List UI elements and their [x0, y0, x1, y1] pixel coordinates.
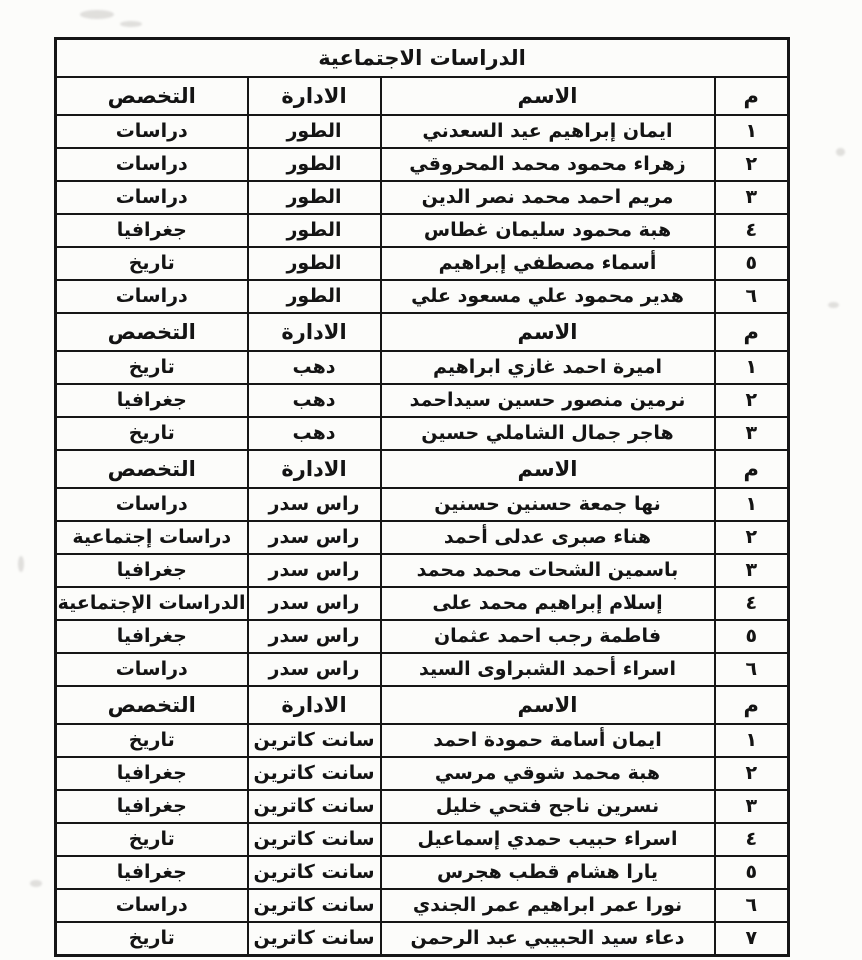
- row-name: نها جمعة حسنين حسنين: [381, 488, 715, 521]
- row-spec: دراسات: [56, 653, 248, 686]
- row-admin: سانت كاترين: [248, 790, 381, 823]
- row-name: إسلام إبراهيم محمد على: [381, 587, 715, 620]
- table-row: ١ نها جمعة حسنين حسنين راس سدر دراسات: [56, 488, 789, 521]
- row-admin: دهب: [248, 417, 381, 450]
- table-row: ٤ اسراء حبيب حمدي إسماعيل سانت كاترين تا…: [56, 823, 789, 856]
- scan-noise: [30, 880, 42, 887]
- row-name: اسراء حبيب حمدي إسماعيل: [381, 823, 715, 856]
- row-admin: الطور: [248, 181, 381, 214]
- col-header-spec: التخصص: [56, 450, 248, 488]
- table-row: ٧ دعاء سيد الحبيبي عبد الرحمن سانت كاتري…: [56, 922, 789, 956]
- scan-noise: [18, 556, 24, 572]
- col-header-name: الاسم: [381, 77, 715, 115]
- row-admin: راس سدر: [248, 620, 381, 653]
- table-row: ١ اميرة احمد غازي ابراهيم دهب تاريخ: [56, 351, 789, 384]
- table-row: ٢ هبة محمد شوقي مرسي سانت كاترين جغرافيا: [56, 757, 789, 790]
- row-admin: سانت كاترين: [248, 823, 381, 856]
- section-header-row: م الاسم الادارة التخصص: [56, 77, 789, 115]
- row-num: ٥: [715, 247, 789, 280]
- table-row: ٦ نورا عمر ابراهيم عمر الجندي سانت كاتري…: [56, 889, 789, 922]
- row-num: ٣: [715, 181, 789, 214]
- table-row: ٢ نرمين منصور حسين سيداحمد دهب جغرافيا: [56, 384, 789, 417]
- row-spec: جغرافيا: [56, 790, 248, 823]
- row-admin: الطور: [248, 115, 381, 148]
- row-num: ١: [715, 724, 789, 757]
- section-header-row: م الاسم الادارة التخصص: [56, 313, 789, 351]
- row-admin: راس سدر: [248, 653, 381, 686]
- table-row: ٤ هبة محمود سليمان غطاس الطور جغرافيا: [56, 214, 789, 247]
- row-admin: سانت كاترين: [248, 856, 381, 889]
- row-spec: تاريخ: [56, 247, 248, 280]
- row-spec: جغرافيا: [56, 856, 248, 889]
- row-name: أسماء مصطفي إبراهيم: [381, 247, 715, 280]
- row-admin: راس سدر: [248, 488, 381, 521]
- row-admin: الطور: [248, 148, 381, 181]
- col-header-num: م: [715, 686, 789, 724]
- row-spec: جغرافيا: [56, 757, 248, 790]
- social-studies-table: الدراسات الاجتماعية م الاسم الادارة التخ…: [54, 37, 790, 957]
- scanned-document-page: الدراسات الاجتماعية م الاسم الادارة التخ…: [0, 0, 862, 960]
- row-num: ٢: [715, 521, 789, 554]
- row-spec: جغرافيا: [56, 620, 248, 653]
- row-num: ٢: [715, 757, 789, 790]
- table-title-row: الدراسات الاجتماعية: [56, 39, 789, 78]
- table-row: ١ ايمان أسامة حمودة احمد سانت كاترين تار…: [56, 724, 789, 757]
- row-spec: تاريخ: [56, 922, 248, 956]
- col-header-num: م: [715, 77, 789, 115]
- row-name: دعاء سيد الحبيبي عبد الرحمن: [381, 922, 715, 956]
- col-header-spec: التخصص: [56, 77, 248, 115]
- row-spec: جغرافيا: [56, 384, 248, 417]
- row-spec: دراسات: [56, 280, 248, 313]
- row-name: هاجر جمال الشاملي حسين: [381, 417, 715, 450]
- row-name: هبة محمود سليمان غطاس: [381, 214, 715, 247]
- row-num: ٧: [715, 922, 789, 956]
- row-num: ١: [715, 351, 789, 384]
- row-admin: راس سدر: [248, 521, 381, 554]
- row-num: ٦: [715, 653, 789, 686]
- table-row: ٢ هناء صبرى عدلى أحمد راس سدر دراسات إجت…: [56, 521, 789, 554]
- row-num: ٥: [715, 856, 789, 889]
- row-spec: تاريخ: [56, 823, 248, 856]
- row-name: يارا هشام قطب هجرس: [381, 856, 715, 889]
- row-num: ٢: [715, 384, 789, 417]
- table-row: ٣ نسرين ناجح فتحي خليل سانت كاترين جغراف…: [56, 790, 789, 823]
- row-name: نسرين ناجح فتحي خليل: [381, 790, 715, 823]
- col-header-admin: الادارة: [248, 450, 381, 488]
- row-spec: دراسات: [56, 488, 248, 521]
- col-header-spec: التخصص: [56, 686, 248, 724]
- col-header-admin: الادارة: [248, 686, 381, 724]
- table-row: ٣ مريم احمد محمد نصر الدين الطور دراسات: [56, 181, 789, 214]
- row-spec: تاريخ: [56, 417, 248, 450]
- row-admin: الطور: [248, 280, 381, 313]
- col-header-spec: التخصص: [56, 313, 248, 351]
- col-header-name: الاسم: [381, 450, 715, 488]
- row-name: نورا عمر ابراهيم عمر الجندي: [381, 889, 715, 922]
- section-header-row: م الاسم الادارة التخصص: [56, 686, 789, 724]
- row-num: ١: [715, 115, 789, 148]
- row-num: ٢: [715, 148, 789, 181]
- row-name: نرمين منصور حسين سيداحمد: [381, 384, 715, 417]
- scan-noise: [120, 21, 142, 27]
- table-row: ٥ أسماء مصطفي إبراهيم الطور تاريخ: [56, 247, 789, 280]
- row-num: ٦: [715, 889, 789, 922]
- row-admin: سانت كاترين: [248, 757, 381, 790]
- col-header-name: الاسم: [381, 686, 715, 724]
- table-title: الدراسات الاجتماعية: [56, 39, 789, 78]
- row-spec: دراسات: [56, 181, 248, 214]
- table-row: ٦ هدير محمود علي مسعود علي الطور دراسات: [56, 280, 789, 313]
- row-admin: دهب: [248, 351, 381, 384]
- table-row: ٥ يارا هشام قطب هجرس سانت كاترين جغرافيا: [56, 856, 789, 889]
- row-name: هبة محمد شوقي مرسي: [381, 757, 715, 790]
- col-header-num: م: [715, 450, 789, 488]
- table-row: ٤ إسلام إبراهيم محمد على راس سدر الدراسا…: [56, 587, 789, 620]
- row-name: اسراء أحمد الشبراوى السيد: [381, 653, 715, 686]
- row-num: ٤: [715, 823, 789, 856]
- row-admin: سانت كاترين: [248, 889, 381, 922]
- row-admin: الطور: [248, 247, 381, 280]
- row-spec: دراسات: [56, 889, 248, 922]
- row-spec: الدراسات الإجتماعية: [56, 587, 248, 620]
- scan-noise: [836, 148, 845, 156]
- scan-noise: [828, 302, 839, 308]
- table-row: ٣ هاجر جمال الشاملي حسين دهب تاريخ: [56, 417, 789, 450]
- row-num: ٣: [715, 417, 789, 450]
- row-admin: سانت كاترين: [248, 724, 381, 757]
- row-num: ٥: [715, 620, 789, 653]
- row-num: ٣: [715, 554, 789, 587]
- row-num: ٣: [715, 790, 789, 823]
- col-header-admin: الادارة: [248, 313, 381, 351]
- table-row: ١ ايمان إبراهيم عيد السعدني الطور دراسات: [56, 115, 789, 148]
- row-spec: تاريخ: [56, 351, 248, 384]
- row-name: مريم احمد محمد نصر الدين: [381, 181, 715, 214]
- row-name: اميرة احمد غازي ابراهيم: [381, 351, 715, 384]
- row-name: ايمان أسامة حمودة احمد: [381, 724, 715, 757]
- row-spec: دراسات: [56, 148, 248, 181]
- row-name: فاطمة رجب احمد عثمان: [381, 620, 715, 653]
- col-header-num: م: [715, 313, 789, 351]
- row-admin: راس سدر: [248, 587, 381, 620]
- row-spec: جغرافيا: [56, 214, 248, 247]
- row-admin: الطور: [248, 214, 381, 247]
- row-name: هدير محمود علي مسعود علي: [381, 280, 715, 313]
- section-header-row: م الاسم الادارة التخصص: [56, 450, 789, 488]
- row-admin: سانت كاترين: [248, 922, 381, 956]
- row-admin: راس سدر: [248, 554, 381, 587]
- row-spec: دراسات إجتماعية: [56, 521, 248, 554]
- col-header-name: الاسم: [381, 313, 715, 351]
- row-name: هناء صبرى عدلى أحمد: [381, 521, 715, 554]
- col-header-admin: الادارة: [248, 77, 381, 115]
- table-row: ٢ زهراء محمود محمد المحروقي الطور دراسات: [56, 148, 789, 181]
- table-row: ٣ باسمين الشحات محمد محمد راس سدر جغرافي…: [56, 554, 789, 587]
- row-spec: جغرافيا: [56, 554, 248, 587]
- row-spec: دراسات: [56, 115, 248, 148]
- row-num: ٤: [715, 587, 789, 620]
- row-num: ٤: [715, 214, 789, 247]
- row-admin: دهب: [248, 384, 381, 417]
- row-name: ايمان إبراهيم عيد السعدني: [381, 115, 715, 148]
- row-name: زهراء محمود محمد المحروقي: [381, 148, 715, 181]
- row-num: ٦: [715, 280, 789, 313]
- row-num: ١: [715, 488, 789, 521]
- row-name: باسمين الشحات محمد محمد: [381, 554, 715, 587]
- scan-noise: [80, 10, 114, 19]
- table-row: ٥ فاطمة رجب احمد عثمان راس سدر جغرافيا: [56, 620, 789, 653]
- row-spec: تاريخ: [56, 724, 248, 757]
- table-row: ٦ اسراء أحمد الشبراوى السيد راس سدر دراس…: [56, 653, 789, 686]
